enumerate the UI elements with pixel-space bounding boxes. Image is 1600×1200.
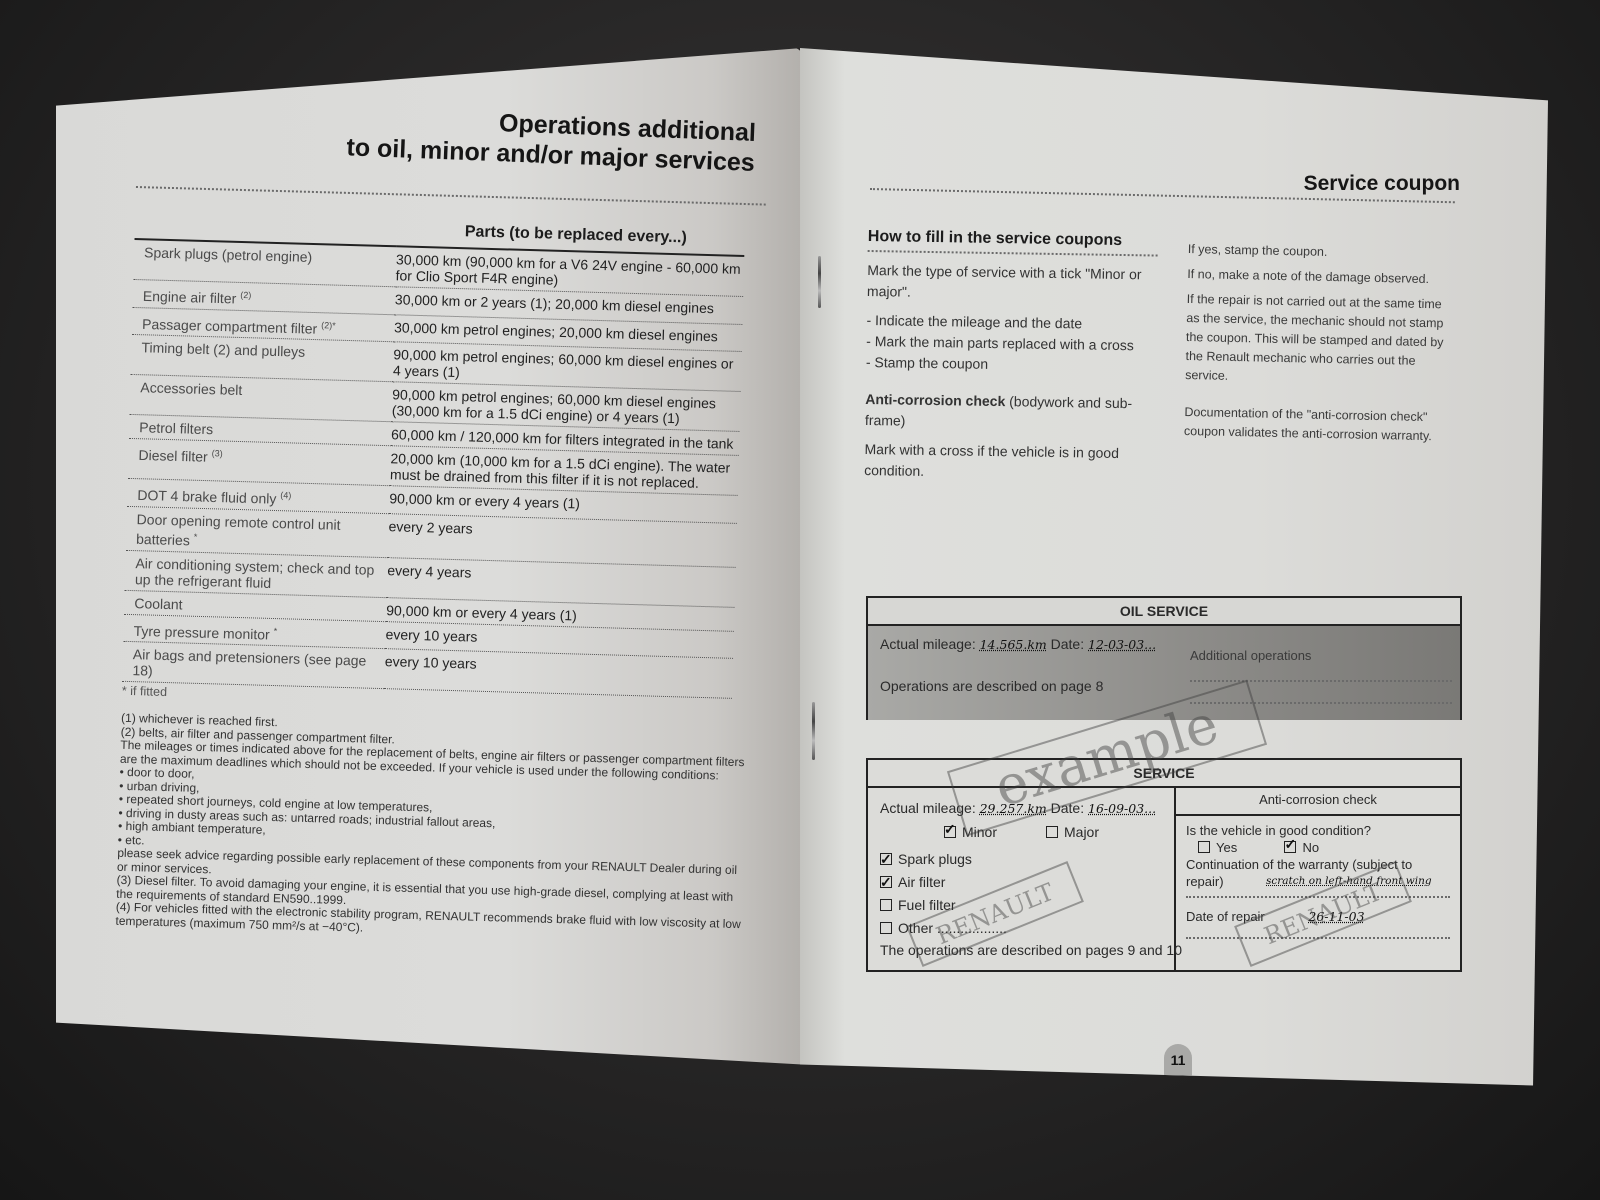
service-date-value: 16-09-03...	[1088, 801, 1156, 816]
condition-notes: If yes, stamp the coupon.If no, make a n…	[1185, 240, 1458, 391]
oil-service-coupon: OIL SERVICE Actual mileage: 14.565.km Da…	[866, 596, 1462, 720]
footnote-ref: (3)	[212, 449, 223, 459]
service-item[interactable]: Spark plugs	[880, 848, 1007, 871]
heading-divider	[868, 250, 1158, 257]
page-number-11: 11	[1164, 1044, 1192, 1090]
mileage-label: Actual mileage:	[880, 636, 976, 652]
yes-label: Yes	[1216, 840, 1237, 855]
date-label: Date:	[1051, 636, 1084, 652]
major-checkbox[interactable]	[1046, 826, 1058, 838]
condition-paragraph: If the repair is not carried out at the …	[1185, 290, 1457, 391]
left-page: Operations additional to oil, minor and/…	[56, 48, 802, 1096]
title-divider	[136, 186, 766, 206]
major-label: Major	[1064, 824, 1099, 840]
replacement-interval: every 10 years	[384, 649, 733, 699]
how-to-steps: - Indicate the mileage and the date- Mar…	[866, 310, 1157, 378]
checkbox[interactable]	[880, 922, 892, 934]
checkbox[interactable]	[880, 876, 892, 888]
how-to-heading: How to fill in the service coupons	[868, 228, 1158, 251]
service-item-label: Air filter	[898, 874, 945, 890]
condition-paragraph: If no, make a note of the damage observe…	[1187, 265, 1457, 290]
right-page: Service coupon How to fill in the servic…	[800, 48, 1548, 1096]
footnote-ref: (2)	[240, 290, 251, 300]
part-name: Door opening remote control unit batteri…	[126, 506, 389, 557]
part-name: Air bags and pretensioners (see page 18)	[122, 642, 385, 689]
staple-bottom	[812, 702, 815, 760]
staple-top	[818, 256, 821, 308]
checkbox[interactable]	[880, 853, 892, 865]
anti-corrosion-section: Anti-corrosion check (bodywork and sub-f…	[865, 389, 1156, 436]
oil-service-header: OIL SERVICE	[868, 598, 1460, 626]
yes-checkbox[interactable]	[1198, 841, 1210, 853]
documentation-note: Documentation of the "anti-corrosion che…	[1184, 403, 1455, 447]
conditions-column: If yes, stamp the coupon.If no, make a n…	[1184, 240, 1458, 447]
right-page-title: Service coupon	[1304, 172, 1460, 196]
how-to-intro: Mark the type of service with a tick "Mi…	[867, 260, 1158, 307]
oil-operations-text: Operations are described on page 8	[880, 678, 1103, 694]
footnote-ref: (4)	[280, 490, 291, 500]
parts-table-header: Parts (to be replaced every...)	[465, 223, 765, 249]
condition-options: Yes No	[1186, 839, 1450, 856]
footnote-ref: *	[194, 532, 198, 542]
service-item[interactable]: Air filter	[880, 871, 1007, 894]
no-checkbox[interactable]	[1284, 841, 1296, 853]
major-option[interactable]: Major	[1046, 824, 1099, 840]
left-content: Parts (to be replaced every...) Spark pl…	[115, 186, 765, 946]
service-item-label: Spark plugs	[898, 851, 972, 867]
no-label: No	[1302, 840, 1319, 855]
left-page-title: Operations additional to oil, minor and/…	[346, 102, 756, 178]
anti-corrosion-coupon: Anti-corrosion check Is the vehicle in g…	[1176, 786, 1460, 970]
footnote-ref: (2)*	[321, 320, 336, 330]
condition-question: Is the vehicle in good condition?	[1186, 822, 1450, 839]
condition-paragraph: If yes, stamp the coupon.	[1188, 240, 1458, 265]
footnotes: (1) whichever is reached first.(2) belts…	[115, 712, 751, 946]
warranty-value: scratch on left-hand front wing	[1186, 873, 1450, 890]
oil-date-value: 12-03-03...	[1088, 637, 1156, 652]
minor-checkbox[interactable]	[944, 826, 956, 838]
additional-line-1	[1190, 680, 1452, 682]
additional-operations-label: Additional operations	[1190, 648, 1311, 663]
page-number-10: 10	[390, 1048, 418, 1094]
parts-table: Spark plugs (petrol engine) 30,000 km (9…	[122, 238, 744, 699]
oil-mileage-value: 14.565.km	[980, 637, 1047, 652]
anti-corrosion-text: Mark with a cross if the vehicle is in g…	[864, 439, 1155, 486]
checkbox[interactable]	[880, 899, 892, 911]
anti-corrosion-coupon-header: Anti-corrosion check	[1176, 786, 1460, 816]
footnote-ref: *	[274, 626, 278, 636]
anti-corrosion-heading: Anti-corrosion check	[865, 391, 1005, 409]
oil-mileage-row: Actual mileage: 14.565.km Date: 12-03-03…	[880, 636, 1156, 652]
instructions-column: How to fill in the service coupons Mark …	[864, 228, 1158, 486]
